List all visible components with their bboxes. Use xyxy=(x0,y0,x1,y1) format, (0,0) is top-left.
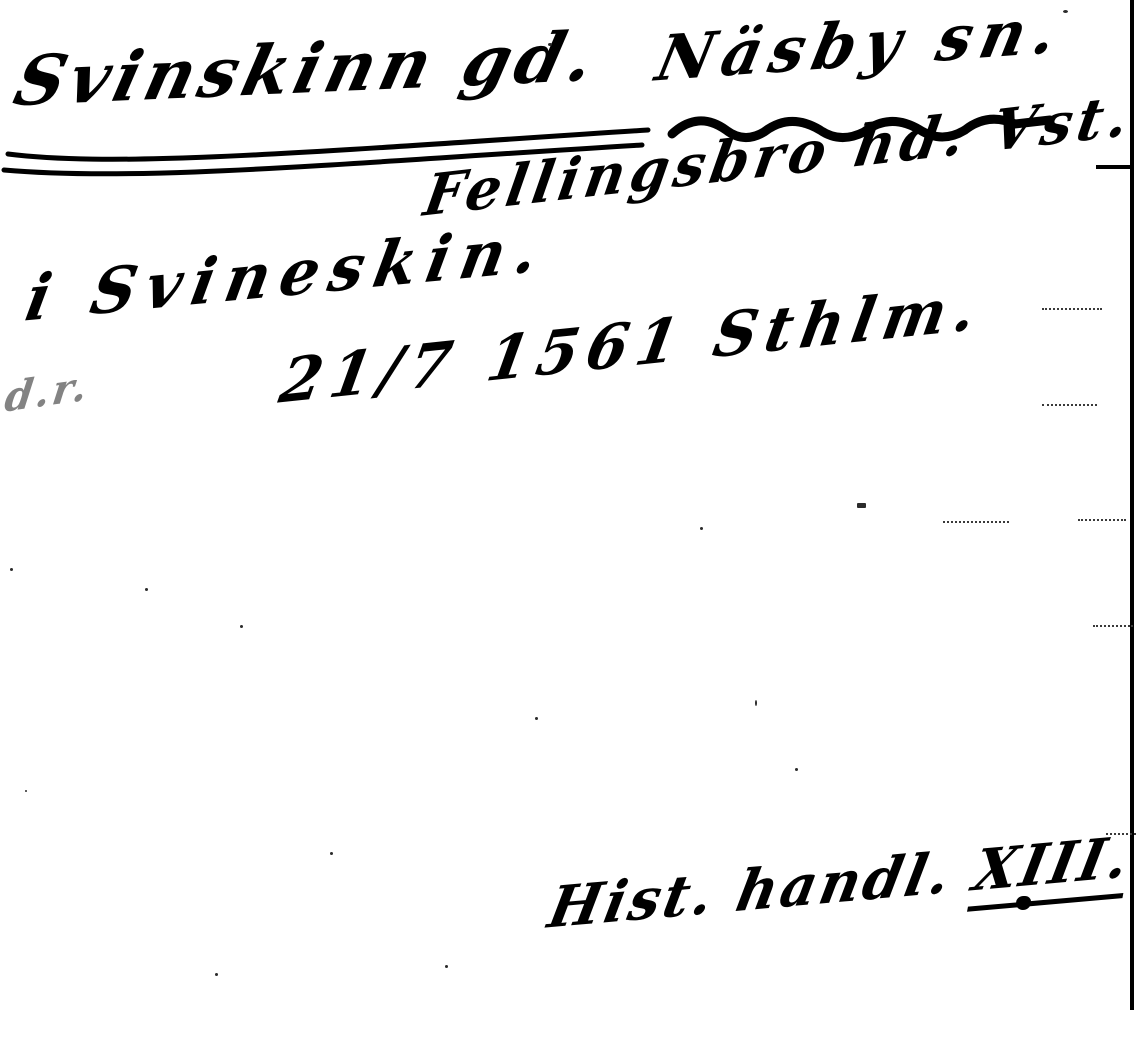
scan-noise-speck xyxy=(548,43,552,46)
faint-dotted-mark xyxy=(1106,833,1136,835)
source-reference-text: Hist. handl. xyxy=(543,839,959,942)
faint-dotted-mark xyxy=(1042,404,1097,406)
scan-noise-speck xyxy=(755,700,757,706)
faint-dotted-mark xyxy=(1078,519,1126,521)
scan-noise-speck xyxy=(240,625,243,628)
scan-noise-speck xyxy=(1063,10,1068,13)
faint-margin-note-text: d.r. xyxy=(2,366,92,419)
estate-name-text: Svinskinn gd. xyxy=(8,22,605,116)
scan-noise-speck xyxy=(857,503,866,508)
scan-noise-speck xyxy=(330,852,333,855)
parish-name-line: Näsby sn. xyxy=(656,0,1066,90)
scan-noise-speck xyxy=(795,768,798,771)
faint-dotted-mark xyxy=(943,521,1009,523)
scan-noise-speck xyxy=(145,588,148,591)
scan-noise-speck xyxy=(445,965,448,968)
place-phrase-line: i Svineskin. xyxy=(24,218,550,330)
source-volume-numeral: XIII. xyxy=(967,824,1137,912)
scan-noise-speck xyxy=(10,568,13,571)
scan-noise-speck xyxy=(25,790,27,792)
faint-dotted-mark xyxy=(1093,625,1133,627)
place-phrase-text: i Svineskin. xyxy=(21,217,552,330)
scan-edge-horizontal-tick xyxy=(1096,165,1132,169)
estate-name-line: Svinskinn gd. xyxy=(15,23,599,116)
scan-edge-vertical-line xyxy=(1130,0,1134,1010)
scan-noise-speck xyxy=(700,527,703,530)
scan-noise-speck xyxy=(215,973,218,976)
faint-dotted-mark xyxy=(1042,308,1102,310)
ink-blob-artifact xyxy=(1016,896,1031,910)
scanned-document: Svinskinn gd. Näsby sn. Fellingsbro hd. … xyxy=(0,0,1146,1040)
parish-name-text: Näsby sn. xyxy=(651,0,1070,91)
faint-margin-note: d.r. xyxy=(2,367,92,418)
source-reference-line: Hist. handl. XIII. xyxy=(547,829,1133,936)
scan-noise-speck xyxy=(535,717,538,720)
